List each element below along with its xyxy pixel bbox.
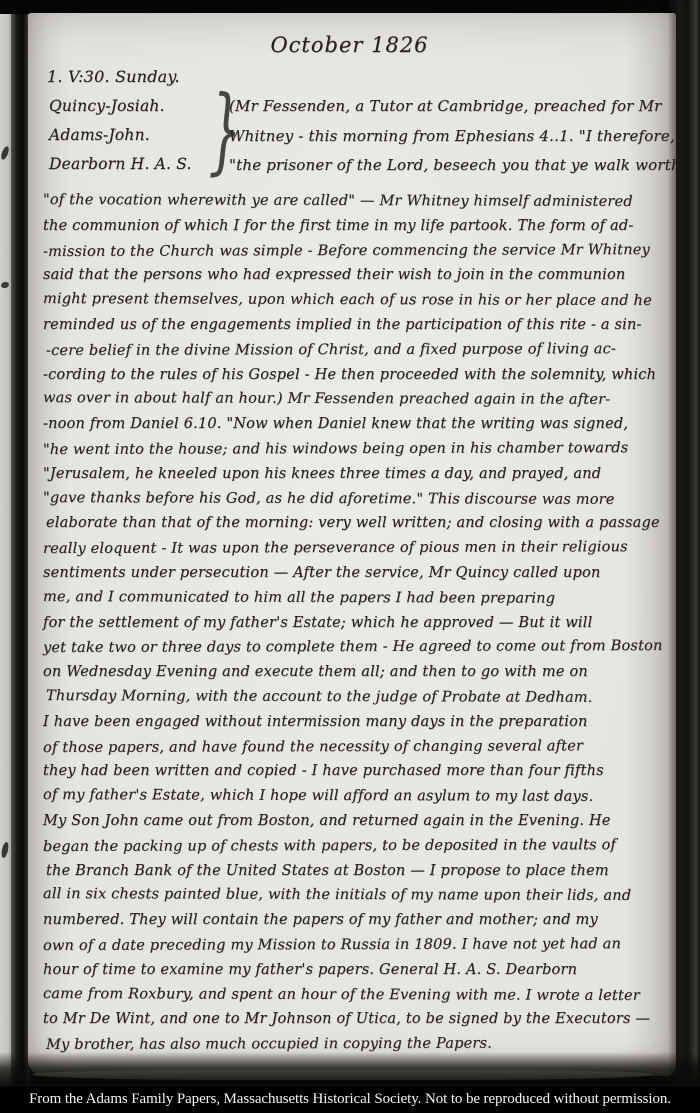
manuscript-line: was over in about half an hour.) Mr Fess… [43,386,658,413]
manuscript-line: me, and I communicated to him all the pa… [43,585,658,612]
manuscript-line: I have been engaged without intermission… [43,710,658,735]
manuscript-scan: October 1826 1. V:30. Sunday. Quincy-Jos… [0,0,700,1113]
ink-smudge [0,842,9,859]
manuscript-line: My Son John came out from Boston, and re… [43,809,658,834]
entry-head: Quincy-Josiah.Adams-John.Dearborn H. A. … [49,92,658,184]
manuscript-line: the communion of which I for the first t… [43,214,658,239]
manuscript-line: hour of time to examine my father's pape… [43,958,658,983]
manuscript-line: "gave thanks before his God, as he did a… [43,486,658,513]
manuscript-line: numbered. They will contain the papers o… [43,908,658,933]
brace-mark [199,92,229,184]
manuscript-line: on Wednesday Evening and execute them al… [43,660,658,685]
manuscript-line: "the prisoner of the Lord, beseech you t… [229,151,676,181]
manuscript-line: all in six chests painted blue, with the… [43,882,658,909]
credit-caption-text: From the Adams Family Papers, Massachuse… [29,1091,671,1107]
scan-right-border [668,0,700,1088]
manuscript-line: "Jerusalem, he kneeled upon his knees th… [43,462,658,487]
manuscript-line: yet take two or three days to complete t… [43,634,658,661]
diary-dateline: 1. V:30. Sunday. [47,67,658,86]
manuscript-line: said that the persons who had expressed … [43,263,658,288]
manuscript-line: reminded us of the engagements implied i… [43,313,658,338]
manuscript-line: -mission to the Church was simple - Befo… [43,238,658,265]
manuscript-line: own of a date preceding my Mission to Ru… [43,932,658,959]
manuscript-line: sentiments under persecution — After the… [43,561,658,586]
manuscript-line: of my father's Estate, which I hope will… [43,783,658,810]
manuscript-line: began the packing up of chests with pape… [43,833,658,860]
entry-opening-lines: (Mr Fessenden, a Tutor at Cambridge, pre… [229,92,676,181]
scan-top-border [0,0,700,14]
manuscript-line: -noon from Daniel 6.10. "Now when Daniel… [43,412,658,437]
margin-name: Adams-John. [49,121,199,150]
manuscript-line: to Mr De Wint, and one to Mr Johnson of … [43,1007,658,1032]
manuscript-page: October 1826 1. V:30. Sunday. Quincy-Jos… [28,13,676,1076]
credit-caption: From the Adams Family Papers, Massachuse… [0,1087,700,1113]
manuscript-line: Whitney - this morning from Ephesians 4.… [229,122,676,152]
margin-name: Dearborn H. A. S. [49,150,199,179]
manuscript-line: My brother, has also much occupied in co… [46,1031,658,1058]
manuscript-line: for the settlement of my father's Estate… [43,611,658,636]
entry-body-lines: "of the vocation wherewith ye are called… [43,189,658,1057]
manuscript-line: might present themselves, upon which eac… [43,287,658,314]
manuscript-line: they had been written and copied - I hav… [43,759,658,784]
manuscript-line: "he went into the house; and his windows… [43,436,658,463]
manuscript-line: of those papers, and have found the nece… [43,734,658,761]
manuscript-line: -cording to the rules of his Gospel - He… [43,363,658,388]
manuscript-line: really eloquent - It was upon the persev… [43,535,658,562]
margin-name-list: Quincy-Josiah.Adams-John.Dearborn H. A. … [49,92,199,179]
manuscript-line: Thursday Morning, with the account to th… [46,684,658,711]
ink-smudge [0,145,10,160]
manuscript-content: October 1826 1. V:30. Sunday. Quincy-Jos… [28,13,676,1076]
manuscript-line: the Branch Bank of the United States at … [46,859,658,884]
manuscript-line: -cere belief in the divine Mission of Ch… [46,337,658,364]
ink-smudge [0,281,9,289]
margin-name: Quincy-Josiah. [49,92,199,121]
manuscript-line: (Mr Fessenden, a Tutor at Cambridge, pre… [229,92,676,122]
manuscript-line: "of the vocation wherewith ye are called… [43,188,658,215]
manuscript-line: elaborate than that of the morning: very… [46,511,658,536]
manuscript-line: came from Roxbury, and spent an hour of … [43,982,658,1009]
month-year-heading: October 1826 [41,33,658,57]
